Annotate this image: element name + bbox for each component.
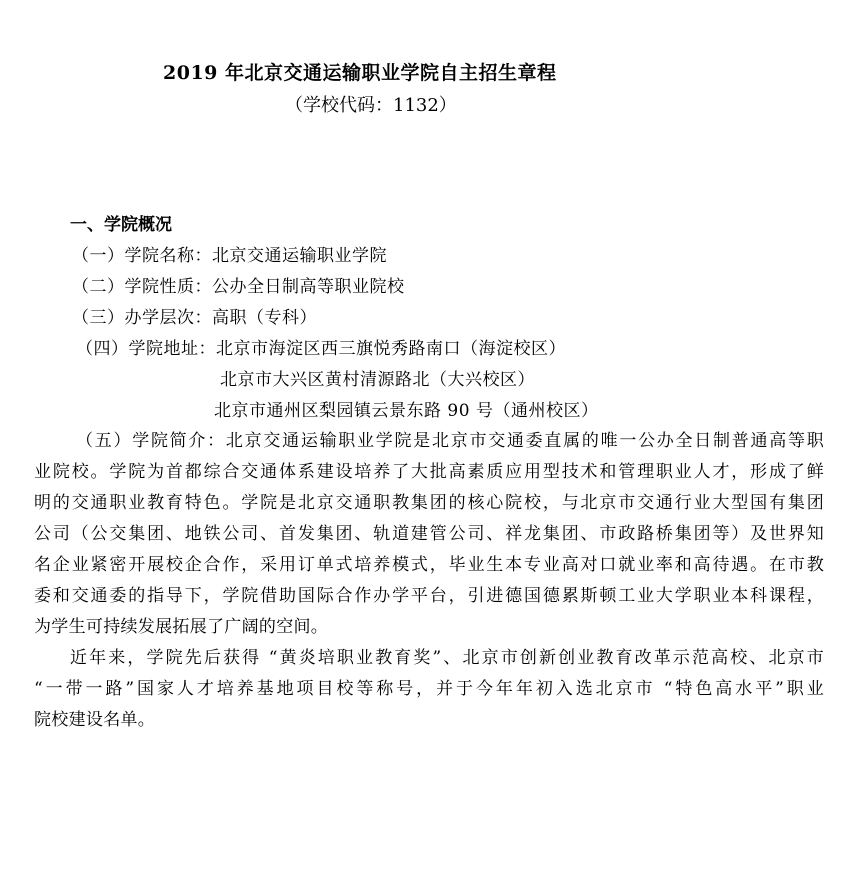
intro-line: 委和交通委的指导下，学院借助国际合作办学平台，引进德国德累斯顿工业大学职业本科课…: [34, 581, 824, 612]
document-title: 2019 年北京交通运输职业学院自主招生章程: [163, 60, 557, 86]
intro-line: 明的交通职业教育特色。学院是北京交通职教集团的核心院校，与北京市交通行业大型国有…: [34, 488, 824, 519]
intro-line: 名企业紧密开展校企合作，采用订单式培养模式，毕业生本专业高对口就业率和高待遇。在…: [34, 550, 824, 581]
item-value: 高职（专科）: [212, 308, 317, 328]
honors-paragraph: 近年来，学院先后获得 “黄炎培职业教育奖”、北京市创新创业教育改革示范高校、北京…: [34, 643, 824, 736]
item-value: 北京交通运输职业学院: [212, 246, 387, 266]
item-label: （四）学院地址：: [76, 339, 216, 359]
item-college-nature: （二）学院性质：公办全日制高等职业院校: [72, 275, 405, 299]
honors-line: 近年来，学院先后获得 “黄炎培职业教育奖”、北京市创新创业教育改革示范高校、北京…: [34, 643, 824, 674]
item-value: 公办全日制高等职业院校: [212, 277, 405, 297]
intro-line: （五）学院简介：北京交通运输职业学院是北京市交通委直属的唯一公办全日制普通高等职: [34, 426, 824, 457]
item-value: 北京市海淀区西三旗悦秀路南口（海淀校区）: [216, 339, 566, 359]
item-college-address: （四）学院地址：北京市海淀区西三旗悦秀路南口（海淀校区）: [76, 337, 566, 361]
school-code: （学校代码：1132）: [285, 93, 457, 119]
item-label: （二）学院性质：: [72, 277, 212, 297]
honors-line: “一带一路”国家人才培养基地项目校等称号，并于今年年初入选北京市 “特色高水平”…: [34, 674, 824, 705]
address-tongzhou: 北京市通州区梨园镇云景东路 90 号（通州校区）: [214, 399, 598, 423]
item-college-name: （一）学院名称：北京交通运输职业学院: [72, 244, 387, 268]
section-heading-overview: 一、学院概况: [70, 213, 172, 237]
item-label: （三）办学层次：: [72, 308, 212, 328]
item-education-level: （三）办学层次：高职（专科）: [72, 306, 317, 330]
honors-line: 院校建设名单。: [34, 705, 824, 736]
item-label: （一）学院名称：: [72, 246, 212, 266]
intro-line: 公司（公交集团、地铁公司、首发集团、轨道建管公司、祥龙集团、市政路桥集团等）及世…: [34, 519, 824, 550]
college-intro-paragraph: （五）学院简介：北京交通运输职业学院是北京市交通委直属的唯一公办全日制普通高等职…: [34, 426, 824, 643]
intro-line: 为学生可持续发展拓展了广阔的空间。: [34, 612, 824, 643]
address-daxing: 北京市大兴区黄村清源路北（大兴校区）: [220, 368, 535, 392]
intro-line: 业院校。学院为首都综合交通体系建设培养了大批高素质应用型技术和管理职业人才，形成…: [34, 457, 824, 488]
